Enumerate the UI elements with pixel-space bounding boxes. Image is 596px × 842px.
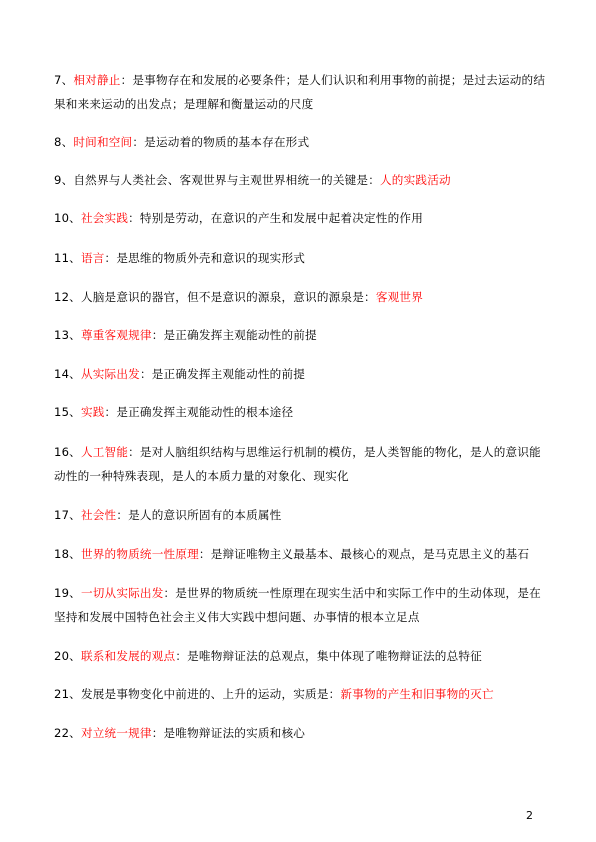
list-item-8: 8、时间和空间：是运动着的物质的基本存在形式 bbox=[54, 130, 550, 154]
list-item-18: 18、世界的物质统一性原理：是辩证唯物主义最基本、最核心的观点，是马克思主义的基… bbox=[54, 542, 550, 566]
list-item-20: 20、联系和发展的观点：是唯物辩证法的总观点，集中体现了唯物辩证法的总特征 bbox=[54, 644, 550, 668]
highlighted-term: 语言 bbox=[81, 251, 105, 265]
item-number: 7、 bbox=[54, 73, 73, 87]
list-item-15: 15、实践：是正确发挥主观能动性的根本途径 bbox=[54, 400, 550, 424]
item-number: 8、 bbox=[54, 135, 73, 149]
list-item-7: 7、相对静止：是事物存在和发展的必要条件；是人们认识和利用事物的前提；是过去运动… bbox=[54, 68, 550, 116]
list-item-17: 17、社会性：是人的意识所固有的本质属性 bbox=[54, 503, 550, 527]
document-page: 7、相对静止：是事物存在和发展的必要条件；是人们认识和利用事物的前提；是过去运动… bbox=[0, 0, 596, 842]
highlighted-term: 相对静止 bbox=[73, 73, 120, 87]
list-item-21: 21、发展是事物变化中前进的、上升的运动，实质是：新事物的产生和旧事物的灭亡 bbox=[54, 682, 550, 706]
list-item-14: 14、从实际出发：是正确发挥主观能动性的前提 bbox=[54, 362, 550, 386]
highlighted-term: 人工智能 bbox=[81, 445, 128, 459]
highlighted-term: 社会性 bbox=[81, 508, 116, 522]
item-prefix-text: 自然界与人类社会、客观世界与主观世界相统一的关键是： bbox=[73, 173, 380, 187]
item-number: 18、 bbox=[54, 547, 81, 561]
item-number: 19、 bbox=[54, 586, 81, 600]
highlighted-term: 联系和发展的观点 bbox=[81, 649, 175, 663]
item-number: 13、 bbox=[54, 328, 81, 342]
highlighted-term: 人的实践活动 bbox=[380, 173, 451, 187]
list-item-12: 12、人脑是意识的器官，但不是意识的源泉，意识的源泉是：客观世界 bbox=[54, 285, 550, 309]
item-definition: ：是运动着的物质的基本存在形式 bbox=[132, 135, 309, 149]
item-definition: ：是人的意识所固有的本质属性 bbox=[116, 508, 281, 522]
item-number: 11、 bbox=[54, 251, 81, 265]
highlighted-term: 一切从实际出发 bbox=[81, 586, 164, 600]
list-item-11: 11、语言：是思维的物质外壳和意识的现实形式 bbox=[54, 246, 550, 270]
list-item-16: 16、人工智能：是对人脑组织结构与思维运行机制的模仿，是人类智能的物化，是人的意… bbox=[54, 440, 550, 488]
item-definition: ：是唯物辩证法的实质和核心 bbox=[152, 726, 305, 740]
highlighted-term: 时间和空间 bbox=[73, 135, 132, 149]
highlighted-term: 世界的物质统一性原理 bbox=[81, 547, 199, 561]
highlighted-term: 客观世界 bbox=[376, 290, 423, 304]
list-item-22: 22、对立统一规律：是唯物辩证法的实质和核心 bbox=[54, 721, 550, 745]
item-definition: ：是思维的物质外壳和意识的现实形式 bbox=[105, 251, 306, 265]
highlighted-term: 新事物的产生和旧事物的灭亡 bbox=[340, 687, 493, 701]
item-prefix-text: 发展是事物变化中前进的、上升的运动，实质是： bbox=[81, 687, 340, 701]
list-item-13: 13、尊重客观规律：是正确发挥主观能动性的前提 bbox=[54, 323, 550, 347]
highlighted-term: 实践 bbox=[81, 405, 105, 419]
list-item-9: 9、自然界与人类社会、客观世界与主观世界相统一的关键是：人的实践活动 bbox=[54, 168, 550, 192]
highlighted-term: 尊重客观规律 bbox=[81, 328, 152, 342]
item-number: 22、 bbox=[54, 726, 81, 740]
item-number: 20、 bbox=[54, 649, 81, 663]
item-number: 17、 bbox=[54, 508, 81, 522]
list-item-10: 10、社会实践：特别是劳动，在意识的产生和发展中起着决定性的作用 bbox=[54, 206, 550, 230]
page-number: 2 bbox=[526, 808, 533, 824]
item-definition: ：是正确发挥主观能动性的根本途径 bbox=[105, 405, 294, 419]
item-number: 10、 bbox=[54, 211, 81, 225]
item-number: 21、 bbox=[54, 687, 81, 701]
list-item-19: 19、一切从实际出发：是世界的物质统一性原理在现实生活中和实际工作中的生动体现，… bbox=[54, 581, 550, 629]
item-prefix-text: 人脑是意识的器官，但不是意识的源泉，意识的源泉是： bbox=[81, 290, 376, 304]
item-definition: ：是正确发挥主观能动性的前提 bbox=[152, 328, 317, 342]
item-number: 9、 bbox=[54, 173, 73, 187]
item-number: 15、 bbox=[54, 405, 81, 419]
item-number: 14、 bbox=[54, 367, 81, 381]
highlighted-term: 社会实践 bbox=[81, 211, 128, 225]
item-definition: ：是事物存在和发展的必要条件；是人们认识和利用事物的前提；是过去运动的结果和来来… bbox=[54, 73, 545, 111]
item-definition: ：特别是劳动，在意识的产生和发展中起着决定性的作用 bbox=[128, 211, 423, 225]
item-number: 12、 bbox=[54, 290, 81, 304]
item-definition: ：是辩证唯物主义最基本、最核心的观点，是马克思主义的基石 bbox=[199, 547, 529, 561]
item-definition: ：是唯物辩证法的总观点，集中体现了唯物辩证法的总特征 bbox=[175, 649, 482, 663]
item-number: 16、 bbox=[54, 445, 81, 459]
item-definition: ：是正确发挥主观能动性的前提 bbox=[140, 367, 305, 381]
highlighted-term: 从实际出发 bbox=[81, 367, 140, 381]
highlighted-term: 对立统一规律 bbox=[81, 726, 152, 740]
item-definition: ：是对人脑组织结构与思维运行机制的模仿，是人类智能的物化，是人的意识能动性的一种… bbox=[54, 445, 541, 483]
